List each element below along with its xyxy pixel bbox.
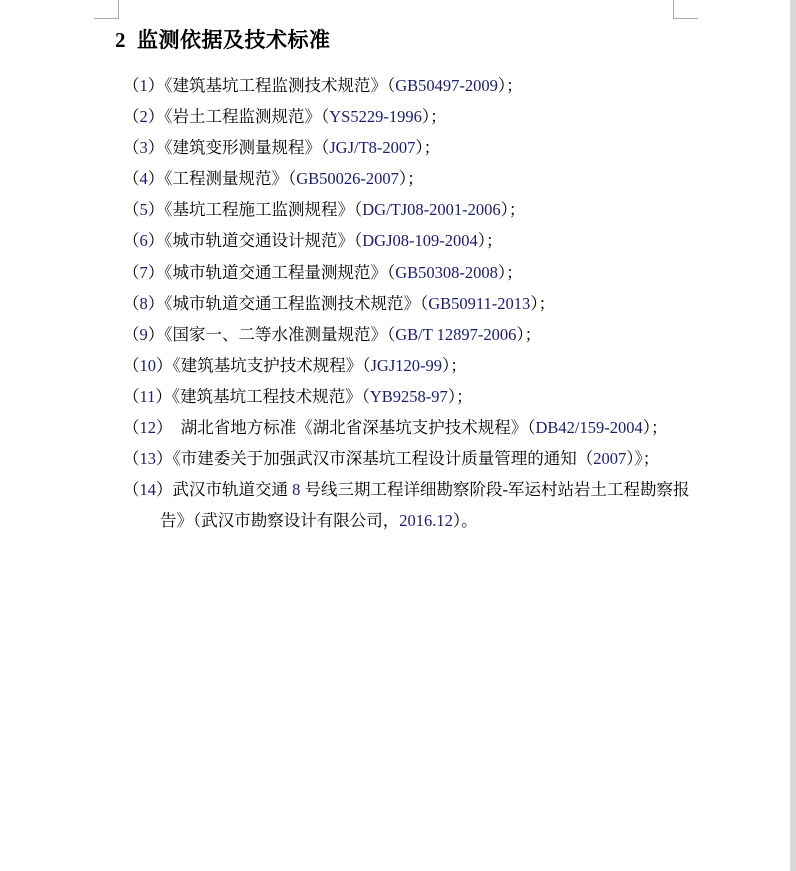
section-number: 2 bbox=[115, 28, 126, 52]
list-item-4: （4）《工程测量规范》（GB50026-2007）； bbox=[123, 163, 723, 194]
list-item-13: （13）《市建委关于加强武汉市深基坑工程设计质量管理的通知（2007）》； bbox=[123, 443, 723, 474]
list-item-14-continuation: 告》（武汉市勘察设计有限公司，2016.12）。 bbox=[123, 505, 723, 536]
list-item-2: （2）《岩土工程监测规范》（YS5229-1996）； bbox=[123, 101, 723, 132]
list-item-5: （5）《基坑工程施工监测规程》（DG/TJ08-2001-2006）； bbox=[123, 194, 723, 225]
text-boundary-mark-top-right bbox=[673, 0, 698, 19]
reference-list: （1）《建筑基坑工程监测技术规范》（GB50497-2009）； （2）《岩土工… bbox=[123, 70, 723, 536]
list-item-9: （9）《国家一、二等水准测量规范》（GB/T 12897-2006）； bbox=[123, 319, 723, 350]
list-item-6: （6）《城市轨道交通设计规范》（DGJ08-109-2004）； bbox=[123, 225, 723, 256]
list-item-1: （1）《建筑基坑工程监测技术规范》（GB50497-2009）； bbox=[123, 70, 723, 101]
list-item-11: （11）《建筑基坑工程技术规范》（YB9258-97）； bbox=[123, 381, 723, 412]
list-item-10: （10）《建筑基坑支护技术规程》（JGJ120-99）； bbox=[123, 350, 723, 381]
list-item-12: （12） 湖北省地方标准《湖北省深基坑支护技术规程》（DB42/159-2004… bbox=[123, 412, 723, 443]
text-boundary-mark-top-left bbox=[94, 0, 119, 19]
section-heading: 2监测依据及技术标准 bbox=[115, 26, 331, 54]
list-item-8: （8）《城市轨道交通工程监测技术规范》（GB50911-2013）； bbox=[123, 288, 723, 319]
list-item-3: （3）《建筑变形测量规程》（JGJ/T8-2007）； bbox=[123, 132, 723, 163]
page-edge-strip bbox=[790, 0, 796, 871]
list-item-7: （7）《城市轨道交通工程量测规范》（GB50308-2008）； bbox=[123, 257, 723, 288]
list-item-14: （14）武汉市轨道交通 8 号线三期工程详细勘察阶段-军运村站岩土工程勘察报 bbox=[123, 474, 723, 505]
section-title: 监测依据及技术标准 bbox=[137, 28, 331, 52]
document-page: 2监测依据及技术标准 （1）《建筑基坑工程监测技术规范》（GB50497-200… bbox=[0, 0, 796, 871]
